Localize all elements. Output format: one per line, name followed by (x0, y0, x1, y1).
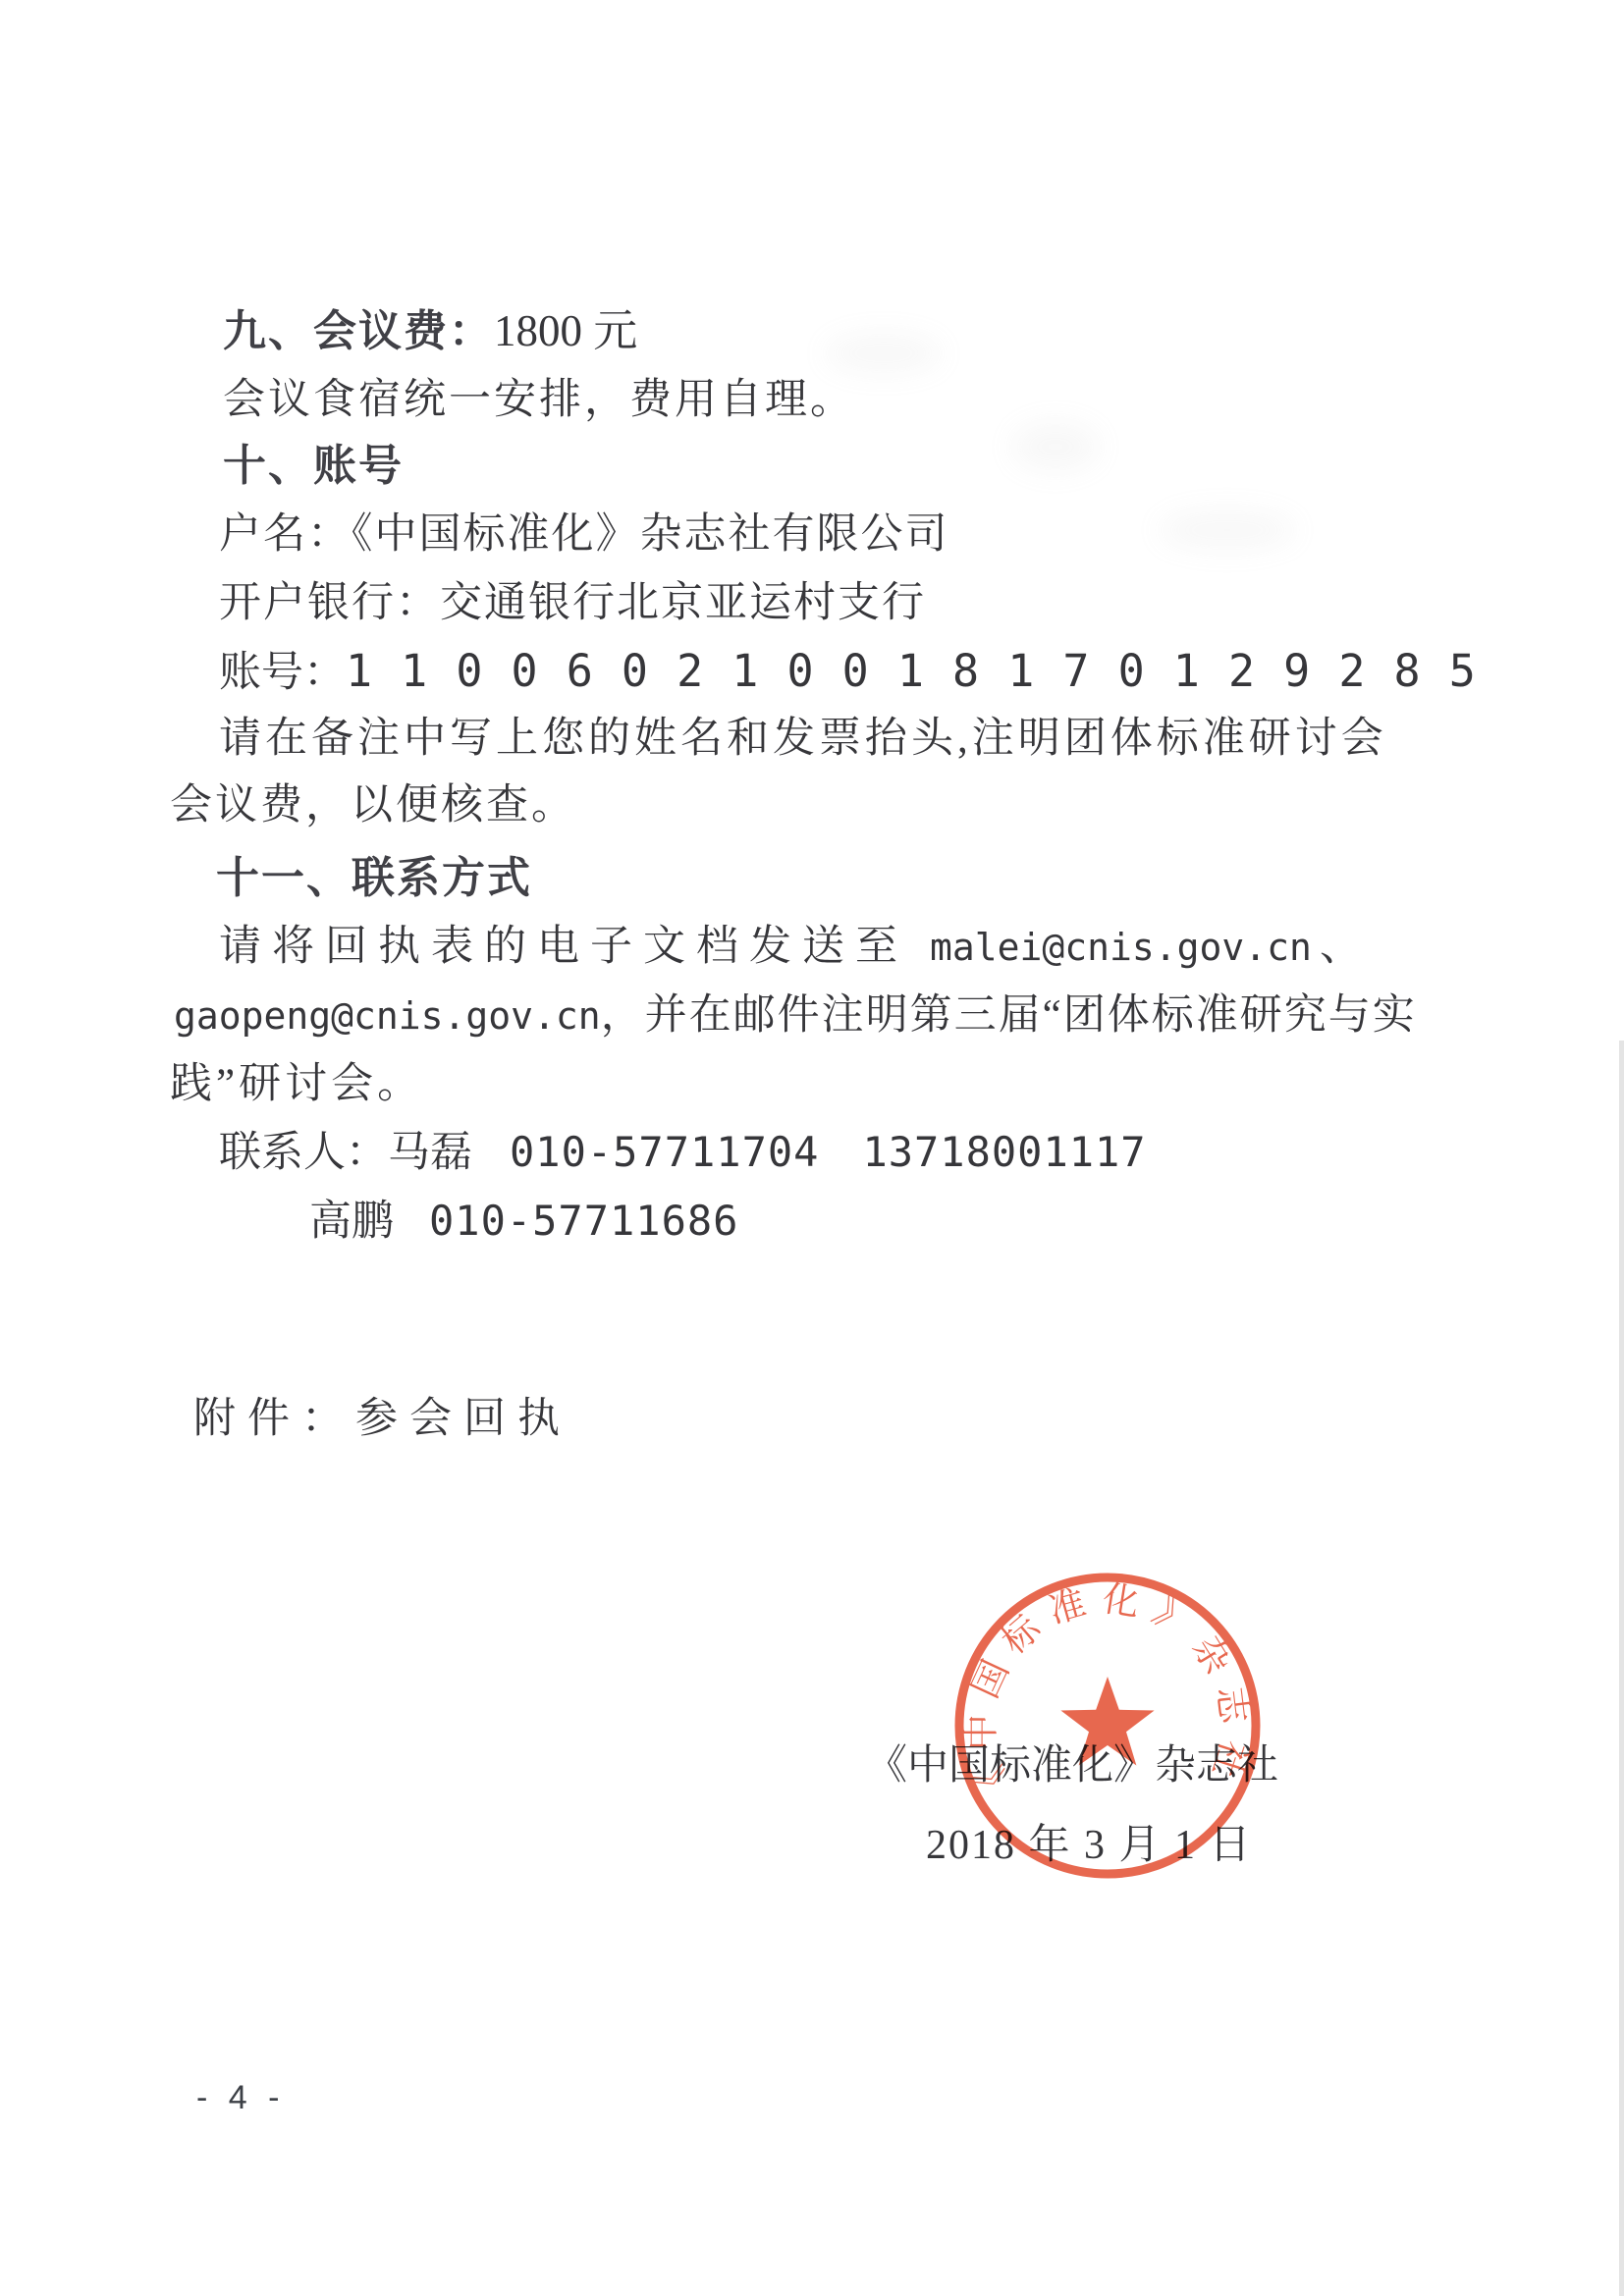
document-page: 九、会议费：1800 元 会议食宿统一安排，费用自理。 十、账号 户名：《中国标… (0, 0, 1624, 2296)
account-heading: 十、账号 (223, 442, 404, 492)
account-holder: 户名：《中国标准化》杂志社有限公司 (219, 510, 949, 559)
contact-person1-label: 联系人： (219, 1130, 388, 1176)
page-number: - 4 - (196, 2079, 285, 2117)
contact-person2-name: 高鹏 (309, 1199, 394, 1245)
fee-line: 九、会议费：1800 元 (223, 306, 637, 357)
fee-amount: 1800 元 (494, 306, 637, 355)
scan-smudge (1011, 422, 1100, 471)
contact-email2: gaopeng@cnis.gov.cn (174, 994, 601, 1038)
scan-smudge (1159, 510, 1296, 550)
attachment-note: 附件：参会回执 (193, 1395, 571, 1443)
seal-star-icon (1060, 1677, 1154, 1766)
contact-person1-line: 联系人：马磊010-5771170413718001117 (219, 1129, 1147, 1177)
contact-person1-name: 马磊 (388, 1130, 472, 1176)
contact-person2-phone: 010-57711686 (429, 1197, 738, 1245)
seal-graphic: 《中国标准化》杂志社 (950, 1569, 1265, 1883)
fee-note: 会议食宿统一安排，费用自理。 (223, 376, 855, 424)
account-number: 1 1 0 0 6 0 2 1 0 0 1 8 1 7 0 1 2 9 2 8 … (346, 645, 1477, 697)
contact-wrap-line: 践”研讨会。 (170, 1060, 423, 1108)
account-number-label: 账号： (219, 650, 346, 696)
account-remark-line1: 请在备注中写上您的姓名和发票抬头,注明团体标准研讨会 (219, 715, 1387, 763)
scan-edge-artifact (1619, 1041, 1624, 2296)
fee-heading: 九、会议费： (223, 307, 494, 355)
contact-send-text: 请将回执表的电子文档发送至 (219, 924, 908, 970)
account-bank: 开户银行：交通银行北京亚运村支行 (219, 579, 926, 627)
contact-heading: 十一、联系方式 (216, 854, 532, 904)
contact-email2-tail: ，并在邮件注明第三届“团体标准研究与实 (601, 992, 1417, 1039)
contact-email-line2: gaopeng@cnis.gov.cn，并在邮件注明第三届“团体标准研究与实 (174, 991, 1417, 1040)
contact-email-line1: 请将回执表的电子文档发送至malei@cnis.gov.cn、 (219, 923, 1362, 971)
official-seal: 《中国标准化》杂志社 (950, 1569, 1265, 1883)
contact-person1-phone: 010-57711704 (510, 1128, 819, 1176)
contact-person2-line: 高鹏010-57711686 (309, 1198, 738, 1246)
contact-email1-tail: 、 (1320, 924, 1362, 970)
contact-person1-mobile: 13718001117 (862, 1128, 1146, 1176)
scan-smudge (825, 334, 943, 373)
account-remark-line2: 会议费，以便核查。 (170, 781, 576, 829)
contact-email1: malei@cnis.gov.cn (930, 926, 1312, 969)
account-number-line: 账号：1 1 0 0 6 0 2 1 0 0 1 8 1 7 0 1 2 9 2… (219, 646, 1477, 697)
